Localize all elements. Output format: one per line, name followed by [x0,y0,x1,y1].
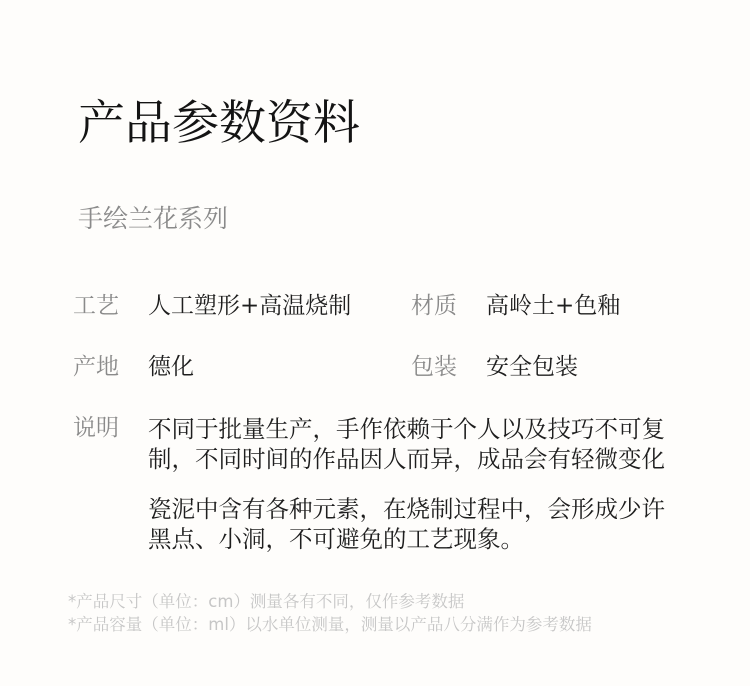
spec-value: 高岭土+色釉 [486,291,620,321]
spec-value: 人工塑形+高温烧制 [148,291,351,321]
spec-label: 产地 [73,352,119,382]
spec-value: 德化 [148,352,194,382]
description-line: 不同于批量生产，手作依赖于个人以及技巧不可复 [148,414,688,444]
footnotes: *产品尺寸（单位：cm）测量各有不同，仅作参考数据 *产品容量（单位：ml）以水… [68,590,592,636]
spec-label: 包装 [411,352,457,382]
spec-label: 材质 [411,291,457,321]
footnote-size: *产品尺寸（单位：cm）测量各有不同，仅作参考数据 [68,590,592,613]
series-subtitle: 手绘兰花系列 [78,202,228,236]
description-line: 瓷泥中含有各种元素，在烧制过程中，会形成少许 [148,494,688,524]
description-label: 说明 [73,413,119,443]
page-title: 产品参数资料 [78,96,360,152]
description-paragraph: 瓷泥中含有各种元素，在烧制过程中，会形成少许 黑点、小洞，不可避免的工艺现象。 [148,494,688,554]
footnote-capacity: *产品容量（单位：ml）以水单位测量，测量以产品八分满作为参考数据 [68,613,592,636]
spec-label: 工艺 [73,291,119,321]
description-paragraph: 不同于批量生产，手作依赖于个人以及技巧不可复 制，不同时间的作品因人而异，成品会… [148,414,688,474]
description-line: 制，不同时间的作品因人而异，成品会有轻微变化 [148,444,688,474]
spec-value: 安全包装 [486,352,578,382]
description-line: 黑点、小洞，不可避免的工艺现象。 [148,524,688,554]
